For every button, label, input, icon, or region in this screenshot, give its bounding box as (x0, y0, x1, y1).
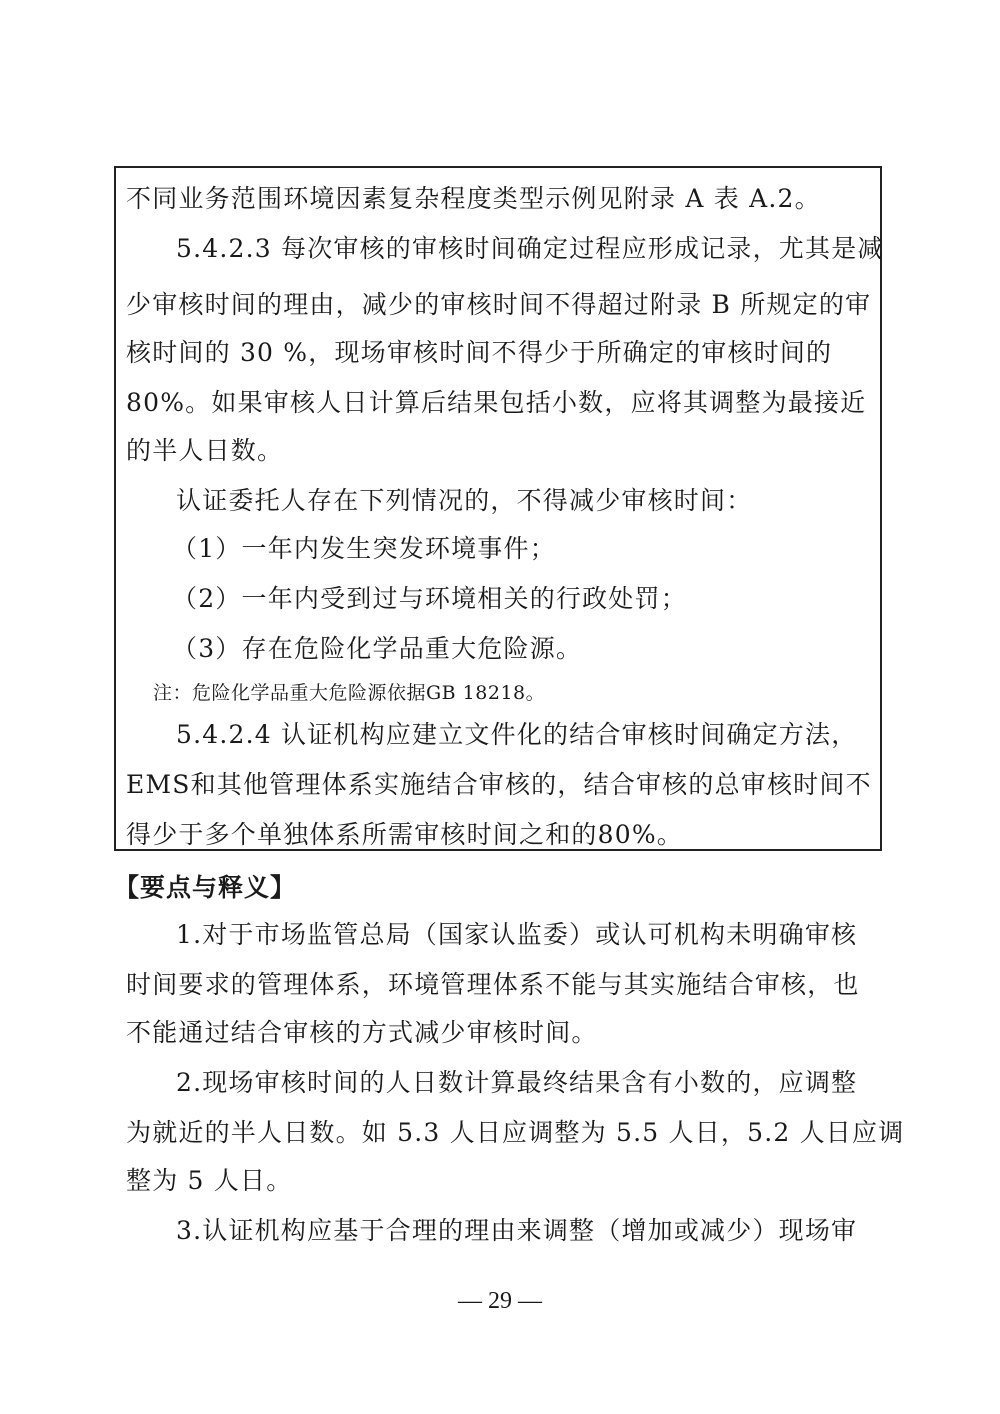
explanation-item-1: 1.对于市场监管总局（国家认监委）或认可机构未明确审核 (176, 920, 857, 950)
clause-5-4-2-3: 5.4.2.3 每次审核的审核时间确定过程应形成记录，尤其是减 (176, 234, 884, 264)
clause-5-4-2-4: 5.4.2.4 认证机构应建立文件化的结合审核时间确定方法， (176, 720, 857, 750)
explanation-text-line: 为就近的半人日数。如 5.3 人日应调整为 5.5 人日，5.2 人日应调 (126, 1118, 904, 1148)
clause-text-line: 少审核时间的理由，减少的审核时间不得超过附录 B 所规定的审 (126, 290, 871, 320)
page-number: — 29 — (0, 1288, 1000, 1315)
condition-item-3: （3）存在危险化学品重大危险源。 (172, 634, 582, 664)
section-heading: 【要点与释义】 (114, 868, 296, 904)
clause-text-line: 的半人日数。 (126, 436, 283, 466)
condition-item-2: （2）一年内受到过与环境相关的行政处罚； (172, 584, 687, 614)
explanation-item-3: 3.认证机构应基于合理的理由来调整（增加或减少）现场审 (176, 1216, 857, 1246)
explanation-text-line: 整为 5 人日。 (126, 1166, 292, 1196)
condition-item-1: （1）一年内发生突发环境事件； (172, 534, 556, 564)
clause-note: 注：危险化学品重大危险源依据GB 18218。 (153, 678, 545, 708)
explanation-item-2: 2.现场审核时间的人日数计算最终结果含有小数的，应调整 (176, 1068, 857, 1098)
clause-text-line: 得少于多个单独体系所需审核时间之和的80%。 (126, 820, 683, 850)
clause-text-line: EMS和其他管理体系实施结合审核的，结合审核的总审核时间不 (126, 770, 872, 800)
clause-text-line: 80%。如果审核人日计算后结果包括小数，应将其调整为最接近 (126, 388, 866, 418)
clause-condition-intro: 认证委托人存在下列情况的，不得减少审核时间： (176, 486, 752, 516)
clause-text-line: 不同业务范围环境因素复杂程度类型示例见附录 A 表 A.2。 (126, 184, 821, 214)
explanation-text-line: 时间要求的管理体系，环境管理体系不能与其实施结合审核，也 (126, 970, 860, 1000)
explanation-text-line: 不能通过结合审核的方式减少审核时间。 (126, 1018, 598, 1048)
clause-text-line: 核时间的 30 %，现场审核时间不得少于所确定的审核时间的 (126, 338, 832, 368)
